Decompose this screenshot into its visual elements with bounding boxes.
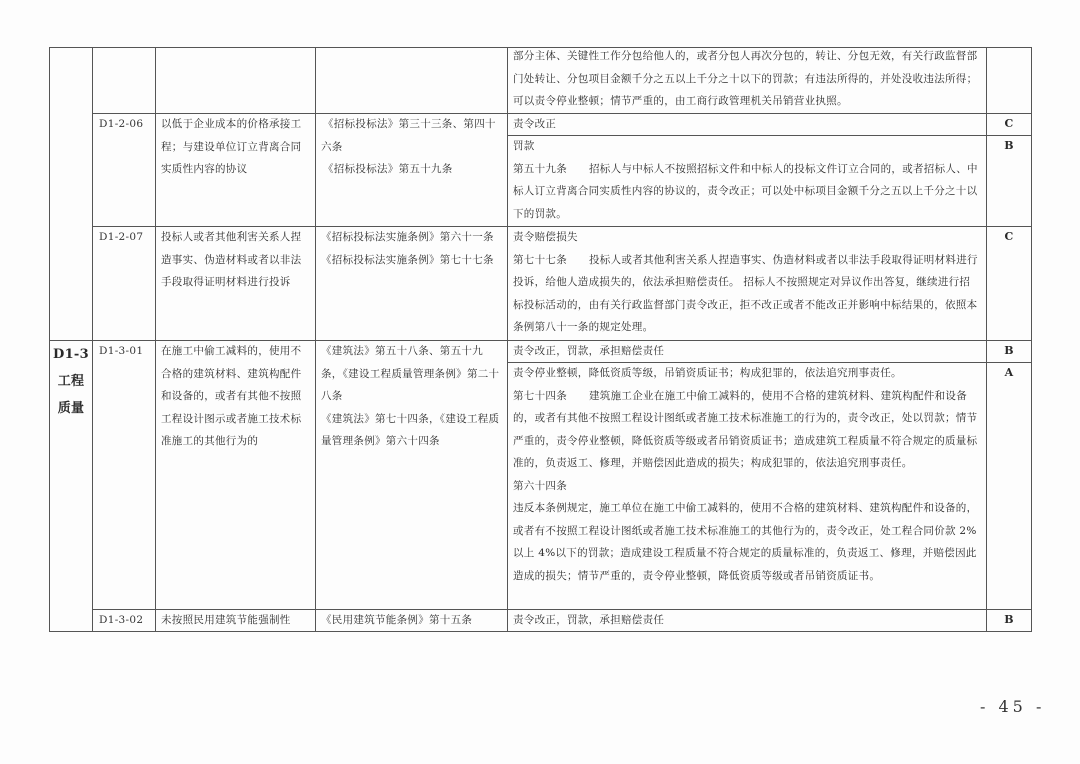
column-divider <box>155 47 156 632</box>
page-number: - 45 - <box>980 697 1045 716</box>
legal-basis: 《建筑法》第五十八条、第五十九条，《建设工程质量管理条例》第二十八条 《建筑法》… <box>321 340 503 453</box>
article-text: 投标人或者其他利害关系人捏造事实、伪造材料或者以非法手段取得证明材料进行投诉，给… <box>513 254 978 334</box>
article-text: 违反本条例规定，施工单位在施工中偷工减料的，使用不合格的建筑材料、建筑构配件和设… <box>513 497 981 587</box>
article-number: 第六十四条 <box>513 475 981 498</box>
column-divider <box>315 47 316 632</box>
basis-line: 《建筑法》第五十八条、第五十九条，《建设工程质量管理条例》第二十八条 <box>321 340 503 408</box>
basis-line: 《招标投标法实施条例》第六十一条 <box>321 226 503 249</box>
item-code: D1-2-06 <box>99 113 153 136</box>
penalty-title: 责令改正，罚款，承担赔偿责任 <box>513 609 981 632</box>
violation-behavior: 以低于企业成本的价格承接工程；与建设单位订立背离合同实质性内容的协议 <box>161 113 311 181</box>
violation-behavior: 在施工中偷工减料的，使用不合格的建筑材料、建筑构配件和设备的，或者有其他不按照工… <box>161 340 311 453</box>
penalty-level: B <box>987 340 1031 363</box>
article-text: 招标人与中标人不按照招标文件和中标人的投标文件订立合同的，或者招标人、中标人订立… <box>513 163 978 220</box>
legal-basis: 《民用建筑节能条例》第十五条 <box>321 609 503 632</box>
basis-line: 《招标投标法》第五十九条 <box>321 158 503 181</box>
basis-line: 《招标投标法》第三十三条、第四十六条 <box>321 113 503 158</box>
item-code: D1-2-07 <box>99 226 153 249</box>
document-page: 部分主体、关键性工作分包给他人的，或者分包人再次分包的，转让、分包无效，有关行政… <box>0 0 1080 764</box>
column-divider <box>49 47 50 632</box>
article-number: 第七十七条 <box>513 254 567 266</box>
legal-basis: 《招标投标法实施条例》第六十一条 《招标投标法实施条例》第七十七条 <box>321 226 503 271</box>
basis-line: 《建筑法》第七十四条，《建设工程质量管理条例》第六十四条 <box>321 408 503 453</box>
penalty-title: 责令改正，罚款，承担赔偿责任 <box>513 340 981 363</box>
penalty-text: 部分主体、关键性工作分包给他人的，或者分包人再次分包的，转让、分包无效，有关行政… <box>513 45 981 113</box>
penalty-cell: 罚款 第五十九条招标人与中标人不按照招标文件和中标人的投标文件订立合同的，或者招… <box>513 135 981 226</box>
category-code: D1-3 <box>50 341 92 368</box>
penalty-level: B <box>987 135 1031 158</box>
item-code: D1-3-02 <box>99 609 153 632</box>
column-divider <box>92 47 93 632</box>
column-divider <box>1031 47 1032 632</box>
penalty-level: C <box>987 226 1031 249</box>
penalty-cell: 部分主体、关键性工作分包给他人的，或者分包人再次分包的，转让、分包无效，有关行政… <box>513 45 981 113</box>
penalty-title: 责令停业整顿，降低资质等级，吊销资质证书；构成犯罪的，依法追究刑事责任。 <box>513 362 981 385</box>
penalty-cell: 责令停业整顿，降低资质等级，吊销资质证书；构成犯罪的，依法追究刑事责任。 第七十… <box>513 362 981 609</box>
category-name: 质量 <box>50 395 92 422</box>
penalty-level: B <box>987 609 1031 632</box>
penalty-title: 责令赔偿损失 <box>513 226 981 249</box>
item-code: D1-3-01 <box>99 340 153 363</box>
penalty-level: C <box>987 113 1031 136</box>
penalty-level: A <box>987 362 1031 385</box>
violation-behavior: 未按照民用建筑节能强制性 <box>161 609 311 632</box>
column-divider <box>507 47 508 632</box>
category-label: D1-3 工程 质量 <box>50 341 92 422</box>
penalty-title: 责令改正 <box>513 113 981 136</box>
penalty-title: 罚款 <box>513 135 981 158</box>
penalty-cell: 责令赔偿损失 第七十七条投标人或者其他利害关系人捏造事实、伪造材料或者以非法手段… <box>513 226 981 340</box>
violation-behavior: 投标人或者其他利害关系人捏造事实、伪造材料或者以非法手段取得证明材料进行投诉 <box>161 226 311 294</box>
article-text: 建筑施工企业在施工中偷工减料的，使用不合格的建筑材料、建筑构配件和设备的，或者有… <box>513 390 977 470</box>
article-number: 第七十四条 <box>513 390 567 402</box>
article-number: 第五十九条 <box>513 163 567 175</box>
basis-line: 《招标投标法实施条例》第七十七条 <box>321 249 503 272</box>
legal-basis: 《招标投标法》第三十三条、第四十六条 《招标投标法》第五十九条 <box>321 113 503 181</box>
category-name: 工程 <box>50 368 92 395</box>
